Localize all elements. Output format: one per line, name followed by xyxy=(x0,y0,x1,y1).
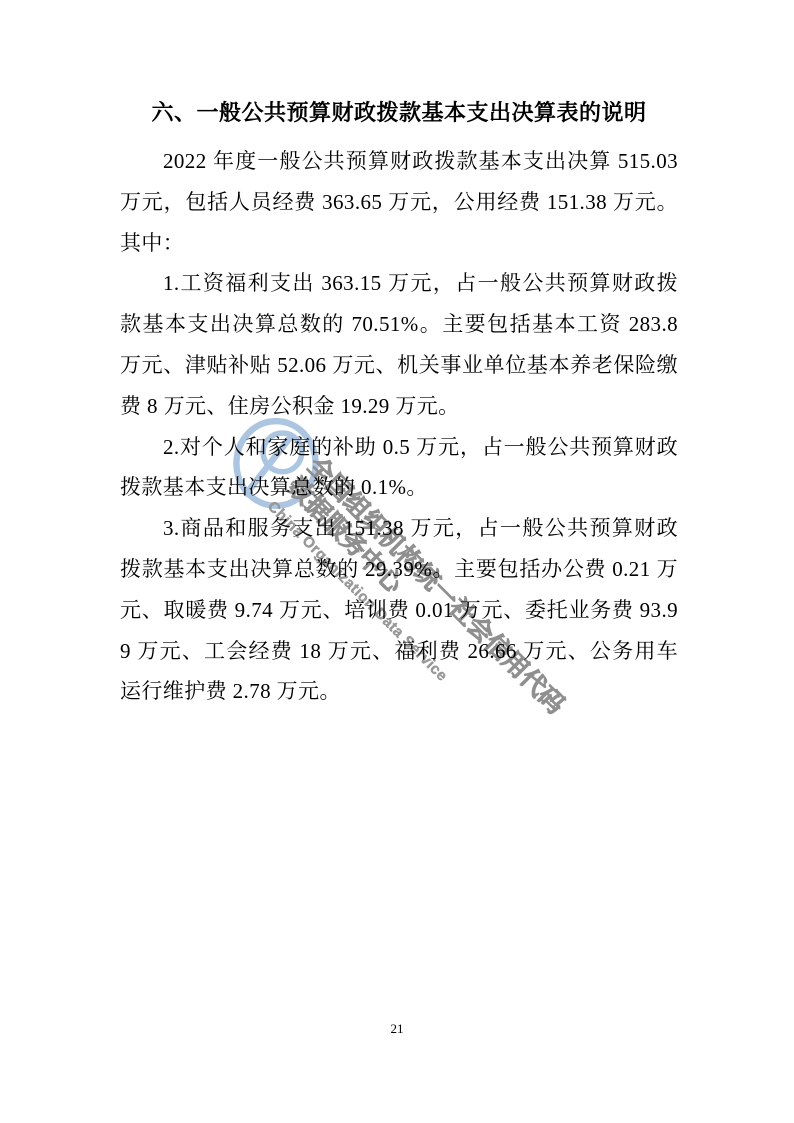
page-number: 21 xyxy=(0,1021,794,1037)
paragraph-overview: 2022 年度一般公共预算财政拨款基本支出决算 515.03 万元，包括人员经费… xyxy=(120,141,678,263)
document-content: 六、一般公共预算财政拨款基本支出决算表的说明 2022 年度一般公共预算财政拨款… xyxy=(120,98,678,712)
paragraph-salary-welfare: 1.工资福利支出 363.15 万元，占一般公共预算财政拨款基本支出决算总数的 … xyxy=(120,263,678,426)
document-title: 六、一般公共预算财政拨款基本支出决算表的说明 xyxy=(120,98,678,128)
paragraph-personal-family-subsidy: 2.对个人和家庭的补助 0.5 万元，占一般公共预算财政拨款基本支出决算总数的 … xyxy=(120,427,678,509)
document-page: 全国组织机构统一社会信用代码 数据服务中心 China Organization… xyxy=(0,0,794,1123)
paragraph-goods-services: 3.商品和服务支出 151.38 万元，占一般公共预算财政拨款基本支出决算总数的… xyxy=(120,508,678,712)
